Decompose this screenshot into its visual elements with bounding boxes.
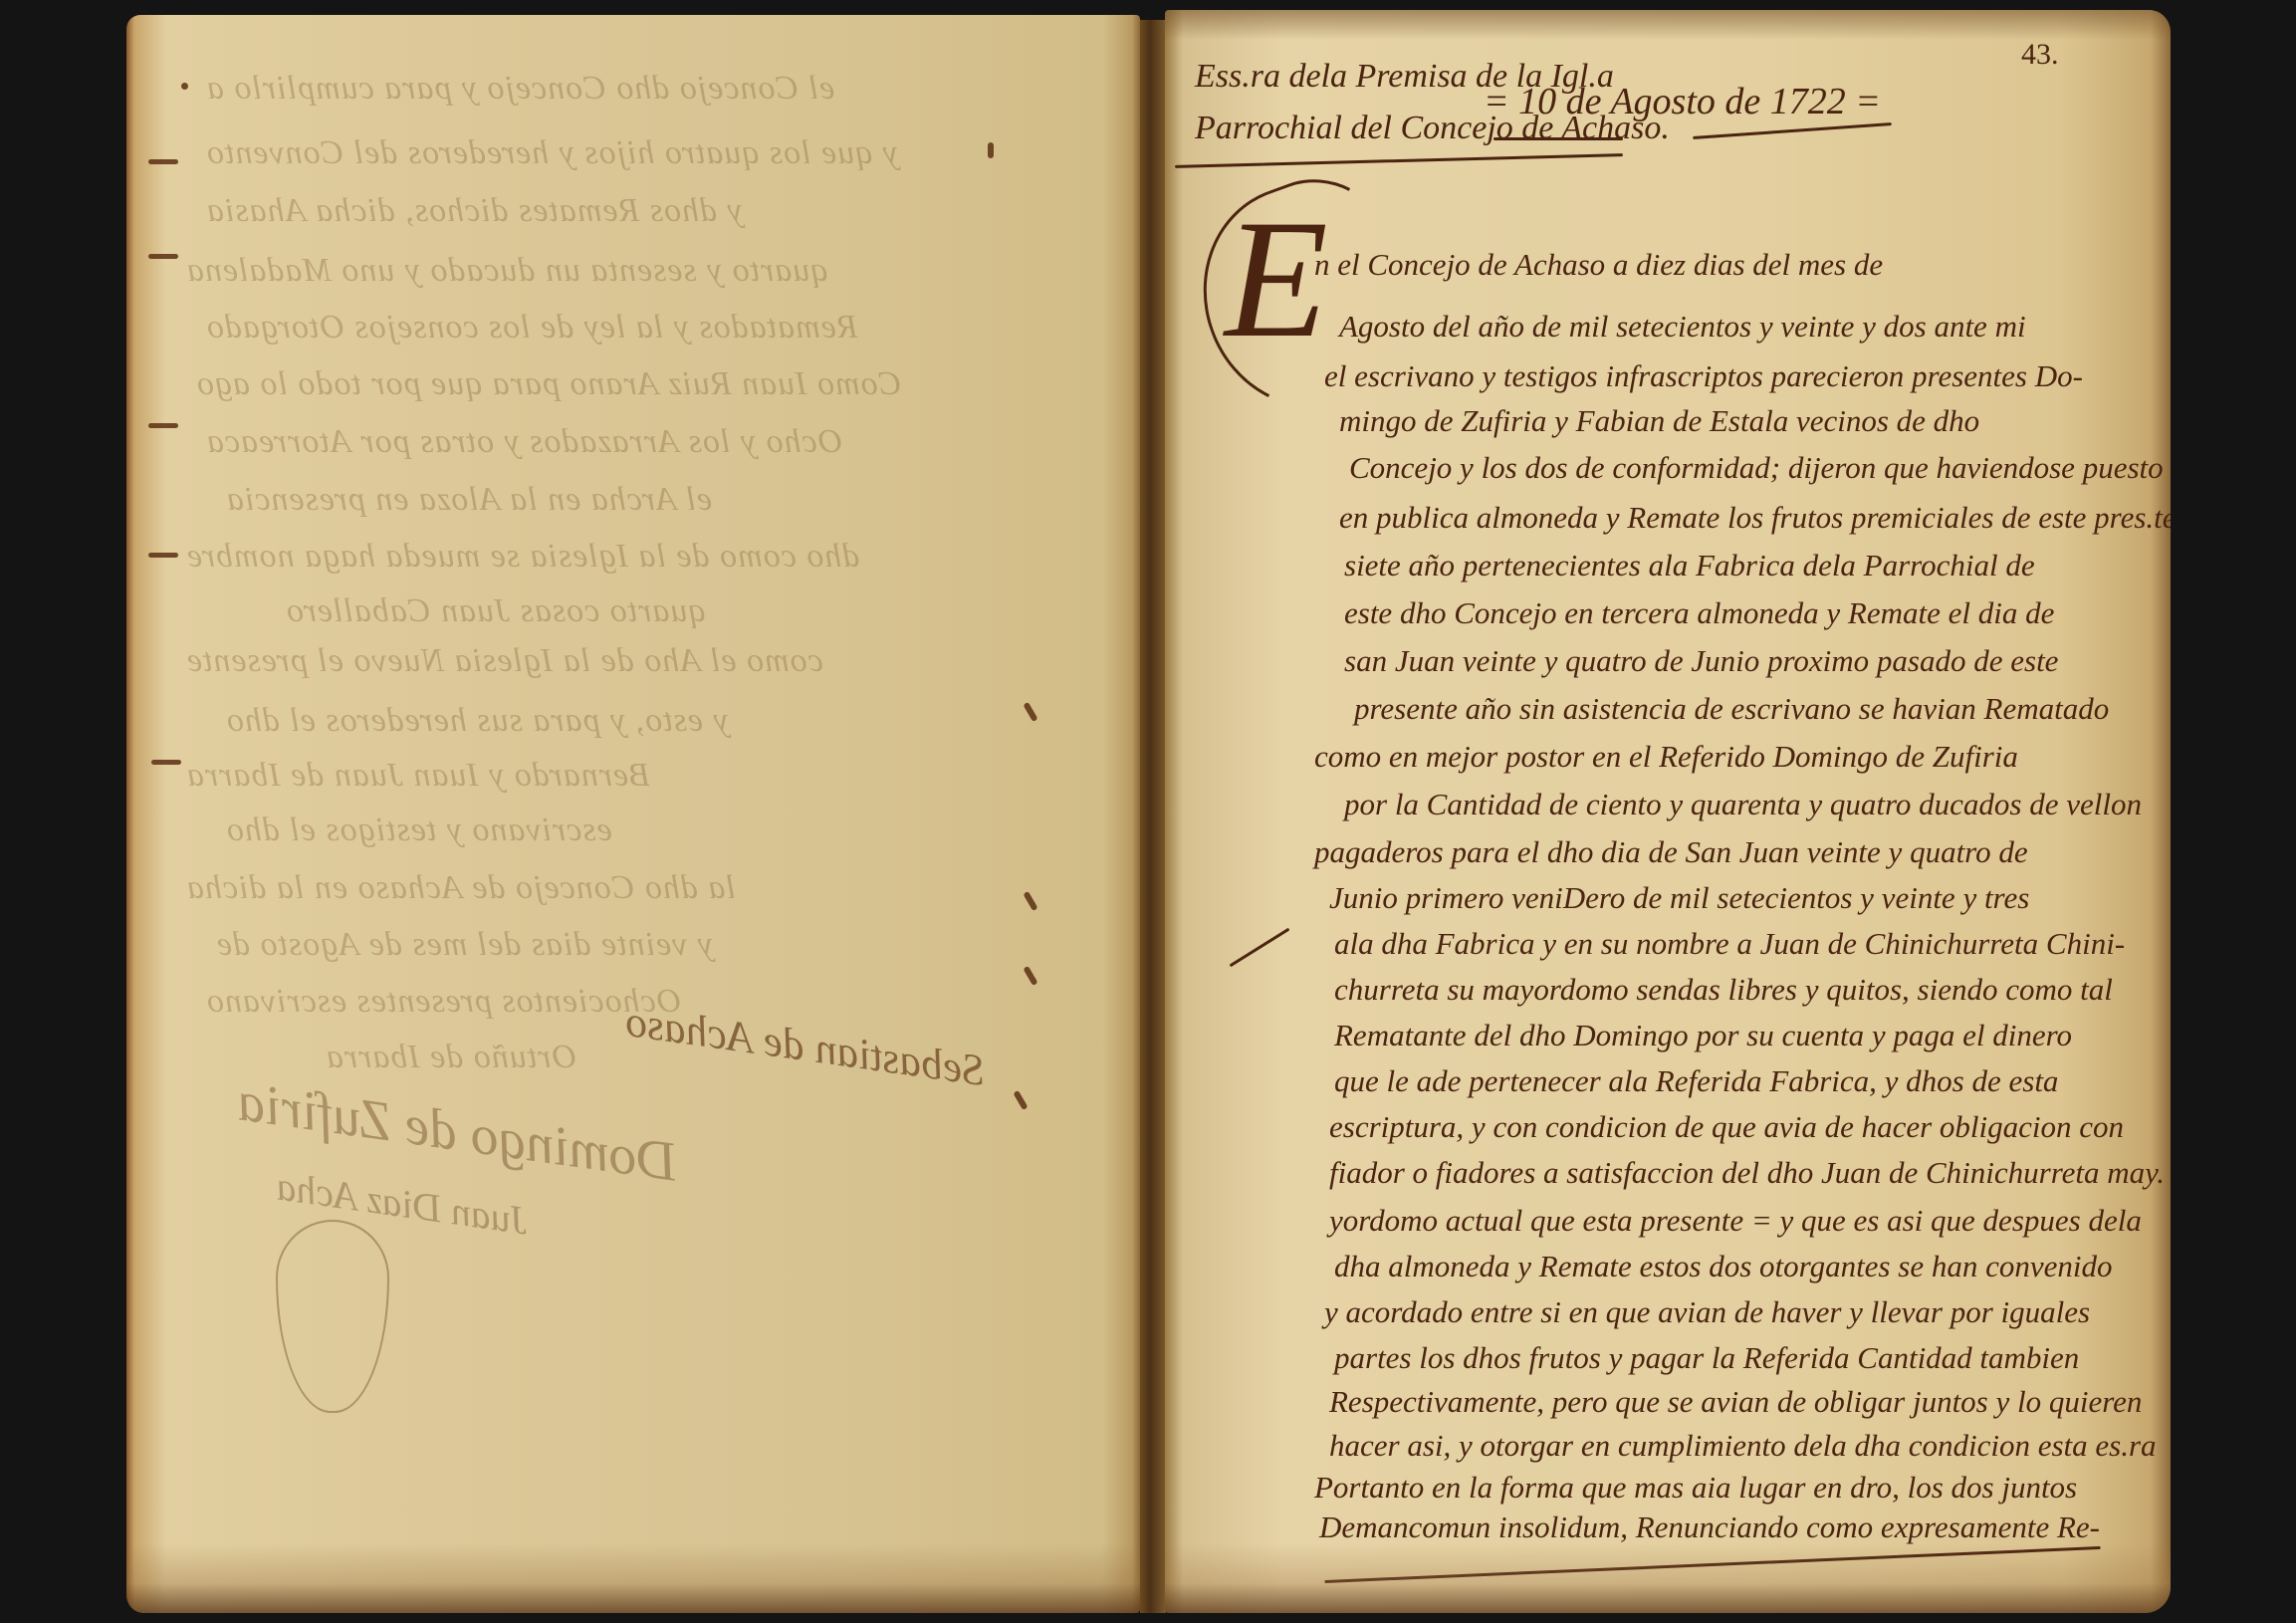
ink-blot <box>148 159 178 164</box>
body-line: este dho Concejo en tercera almoneda y R… <box>1344 595 2054 631</box>
body-line: siete año pertenecientes ala Fabrica del… <box>1344 548 2035 583</box>
body-line: Junio primero veniDero de mil seteciento… <box>1329 880 2029 916</box>
signature-flourish <box>276 1220 389 1413</box>
bleed-line: como el Aho de la Iglesia Nuevo el prese… <box>186 642 823 680</box>
ink-blot <box>1013 1090 1028 1110</box>
signature: Sebastian de Achaso <box>622 996 988 1096</box>
bleed-line: el Archa en la Aloza en presencia <box>226 481 712 519</box>
body-line: Respectivamente, pero que se avian de ob… <box>1329 1384 2142 1420</box>
bleed-line: dho como de la Iglesia se mueda haga nom… <box>186 538 859 576</box>
ink-blot <box>148 254 178 259</box>
body-line: hacer asi, y otorgar en cumplimiento del… <box>1329 1428 2157 1464</box>
body-line: partes los dhos frutos y pagar la Referi… <box>1334 1340 2079 1376</box>
bleed-line: escrivano y testigos el dho <box>226 811 612 849</box>
bleed-line: quarto cosas Juan Caballero <box>286 592 705 630</box>
body-line: en publica almoneda y Remate los frutos … <box>1339 500 2171 536</box>
ink-blot <box>1023 702 1037 722</box>
ink-blot <box>1023 891 1037 911</box>
bleed-line: Ortuño de Ibarra <box>326 1039 576 1076</box>
body-line: n el Concejo de Achaso a diez dias del m… <box>1314 247 1883 283</box>
ink-blot <box>148 423 178 428</box>
body-line: yordomo actual que esta presente = y que… <box>1329 1203 2142 1239</box>
book-gutter <box>1140 20 1166 1613</box>
margin-mark <box>1230 928 1290 968</box>
body-line: Concejo y los dos de conformidad; dijero… <box>1349 450 2164 486</box>
bleed-line: y veinte dias del mes de Agosto de <box>216 926 713 964</box>
body-line: presente año sin asistencia de escrivano… <box>1354 691 2109 727</box>
bleed-line: y que los quatro hijos y herederos del C… <box>206 134 898 172</box>
heading-underline <box>1175 153 1623 168</box>
closing-flourish-line <box>1324 1546 2100 1583</box>
date-underline-2 <box>1693 122 1892 139</box>
body-line: y acordado entre si en que avian de have… <box>1324 1294 2090 1330</box>
bleed-line: Rematados y la ley de los consejos Otorg… <box>206 309 858 347</box>
bleed-line: Como Iuan Ruiz Arano para que por todo l… <box>196 365 901 403</box>
bleed-line: y esto, y para sus herederos el dho <box>226 702 729 740</box>
decorated-initial: E <box>1225 194 1328 363</box>
bleed-line: la dho Concejo de Achaso en la dicha <box>186 869 736 907</box>
ink-blot <box>1023 966 1037 986</box>
body-line: por la Cantidad de ciento y quarenta y q… <box>1344 787 2142 822</box>
body-line: pagaderos para el dho dia de San Juan ve… <box>1314 834 2028 870</box>
bleed-line: y dhos Remates dichos, dicha Ahasia <box>206 192 743 230</box>
body-line: dha almoneda y Remate estos dos otorgant… <box>1334 1249 2112 1284</box>
body-line: Rematante del dho Domingo por su cuenta … <box>1334 1018 2072 1053</box>
body-line: Agosto del año de mil setecientos y vein… <box>1339 309 2026 345</box>
body-line: fiador o fiadores a satisfaccion del dho… <box>1329 1155 2165 1191</box>
body-line: el escrivano y testigos infrascriptos pa… <box>1324 358 2083 394</box>
date-underline-1 <box>1493 137 1623 140</box>
body-line: mingo de Zufiria y Fabian de Estala veci… <box>1339 403 1979 439</box>
body-line: churreta su mayordomo sendas libres y qu… <box>1334 972 2113 1008</box>
bleed-line: Ochocientos presentes escrivano <box>206 983 681 1021</box>
left-page: el Concejo dho Concejo y para cumplirlo … <box>126 15 1140 1613</box>
body-line: escriptura, y con condicion de que avia … <box>1329 1109 2124 1145</box>
body-line: ala dha Fabrica y en su nombre a Juan de… <box>1334 926 2125 962</box>
body-line: Portanto en la forma que mas aia lugar e… <box>1314 1470 2077 1506</box>
bleed-line: el Concejo dho Concejo y para cumplirlo … <box>206 70 834 108</box>
heading-date: = 10 de Agosto de 1722 = <box>1484 80 1881 123</box>
ink-blot <box>151 760 181 765</box>
bleed-line: quarto y sesenta un ducado y uno Madalen… <box>186 252 827 290</box>
bleed-line: Ocho y los Arrazados y otras por Atorrea… <box>206 423 842 461</box>
body-line: san Juan veinte y quatro de Junio proxim… <box>1344 643 2058 679</box>
ink-blot <box>181 83 188 90</box>
body-line: que le ade pertenecer ala Referida Fabri… <box>1334 1063 2058 1099</box>
page-number: 43. <box>2021 38 2059 72</box>
body-line: Demancomun insolidum, Renunciando como e… <box>1319 1509 2100 1545</box>
ink-blot <box>148 553 178 558</box>
body-line: como en mejor postor en el Referido Domi… <box>1314 739 2018 775</box>
bleed-line: Bernardo y Iuan Juan de Ibarra <box>186 757 650 795</box>
right-page: 43. Ess.ra dela Premisa de la Igl.a Parr… <box>1165 10 2171 1613</box>
ink-blot <box>988 142 994 158</box>
